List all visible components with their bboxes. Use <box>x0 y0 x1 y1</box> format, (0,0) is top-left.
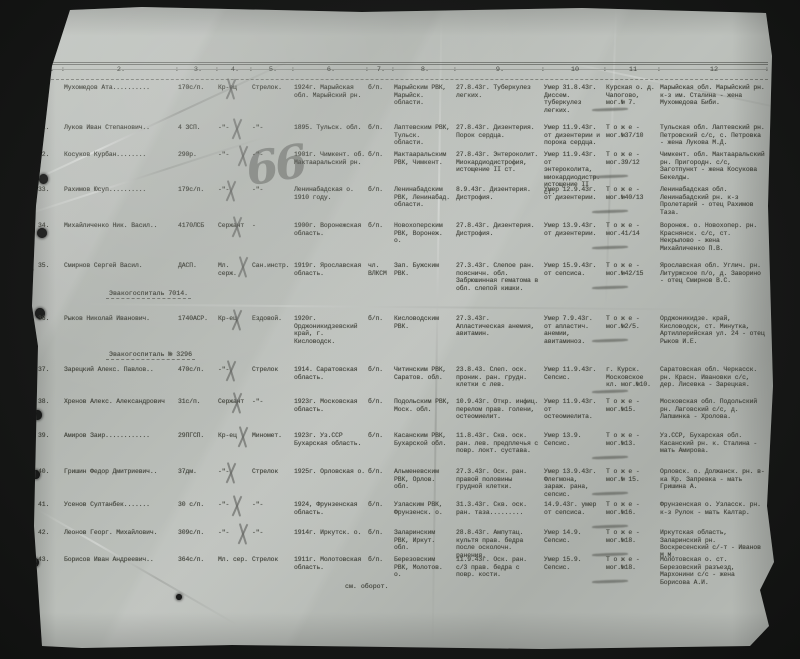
cell-born: Ленинабадская о. 1910 году. <box>294 186 368 216</box>
cell-spec: Стрелок <box>252 556 294 586</box>
cell-rvk: Березовским РВК, Молотов. о. <box>394 556 456 586</box>
cell-family: Саратовская обл. Черкасск. рн. Красн. Ив… <box>660 366 768 389</box>
cell-family: Орловск. о. Должанск. рн. в-ка Кр. Запре… <box>660 468 768 498</box>
cell-rvk: Подольским РВК, Моск. обл. <box>394 398 456 421</box>
cell-num: 37. <box>36 366 64 389</box>
table-row: 31.Луков Иван Степанович..4 ЗСП.-"--"-18… <box>36 124 768 147</box>
cell-diag: 11.8.43г. Скв. оск. ран. лев. предплечья… <box>456 432 544 455</box>
cell-rank: Мл. серж. <box>218 262 252 292</box>
cell-unit: 4 ЗСП. <box>178 124 218 147</box>
cell-died: Умер 11.9.43г. Сепсис. <box>544 366 606 389</box>
cell-died: Умер 15.9.43г. от сепсиса. <box>544 262 606 292</box>
cell-rvk: Узласким РВК, Фрунзенск. о. <box>394 501 456 516</box>
cell-died: Умер 14.9. Сепсис. <box>544 529 606 559</box>
cell-born: 1919г. Ярославская область. <box>294 262 368 292</box>
cell-grave: Т о ж е - мог.№16. <box>606 501 660 516</box>
cell-party: б/п. <box>368 432 394 455</box>
cell-diag: 27.3.43г. Апластическая анемия, авитамин… <box>456 315 544 345</box>
cell-unit: 470с/п. <box>178 366 218 389</box>
cell-name: Рыков Николай Иванович. <box>64 315 178 345</box>
cell-born: 1925г. Орловская о. <box>294 468 368 498</box>
cell-name: Амиров Заир............ <box>64 432 178 455</box>
cell-born: 1895. Тульск. обл. <box>294 124 368 147</box>
cell-party: б/п. <box>368 468 394 498</box>
table-row: 38.Хренов Алекс. Александрович31с/п.Серж… <box>36 398 768 421</box>
cell-num: 43. <box>36 556 64 586</box>
cell-died: Умер 12.9.43г. от дизентерии. <box>544 186 606 216</box>
cell-rvk: Ленинабадским РВК, Ленинабад. области. <box>394 186 456 216</box>
cell-party: б/п. <box>368 556 394 586</box>
cell-died: Умер 31.8.43г. Диссем. туберкулез легких… <box>544 84 606 114</box>
cell-grave: Т о ж е - мог.№2/5. <box>606 315 660 345</box>
cell-died: Умер 13.9.43г. от дизентерии. <box>544 222 606 252</box>
cell-family: Тульская обл. Лаптевский рн. Петровский … <box>660 124 768 147</box>
cell-diag: 28.8.43г. Ампутац. культя прав. бедра по… <box>456 529 544 559</box>
cell-rank: -"- <box>218 186 252 216</box>
pencil-check-mark <box>27 186 34 196</box>
cell-rank: Мл. сер. <box>218 556 252 586</box>
cell-name: Гришин Федор Дмитриевич.. <box>64 468 178 498</box>
cell-rank: -"- <box>218 124 252 147</box>
cell-name: Хренов Алекс. Александрович <box>64 398 178 421</box>
cell-party: б/п. <box>368 186 394 216</box>
cell-num: 41. <box>36 501 64 516</box>
pencil-check-mark <box>27 468 34 478</box>
cell-died: Умер 7.9.43г. от апластич. анемии, авита… <box>544 315 606 345</box>
cell-born: 1900г. Воронежская область. <box>294 222 368 252</box>
cell-grave: г. Курск. Московское кл. мог.№10. <box>606 366 660 389</box>
cell-unit: 29ПГСП. <box>178 432 218 455</box>
cell-died: Умер 13.9.43г. Флегмона, зараж. рана, се… <box>544 468 606 498</box>
cell-family: Ярославская обл. Углич. рн. Литуржское п… <box>660 262 768 292</box>
cell-unit: 179с/п. <box>178 186 218 216</box>
cell-died: Умер 15.9. Сепсис. <box>544 556 606 586</box>
table-row: 37.Зарецкий Алекс. Павлов..470с/п.-"-Стр… <box>36 366 768 389</box>
pencil-check-mark <box>27 501 34 511</box>
cell-party: б/п. <box>368 222 394 252</box>
pencil-check-mark <box>27 529 34 539</box>
cell-born: 1924г. Марыйская обл. Марыйский рн. <box>294 84 368 114</box>
cell-family: Московская обл. Подольский рн. Лаговский… <box>660 398 768 421</box>
cell-num: 33. <box>36 186 64 216</box>
cell-num: 31. <box>36 124 64 147</box>
cell-name: Леонов Георг. Михайлович. <box>64 529 178 559</box>
cell-grave: Т о ж е - мог.№13. <box>606 432 660 455</box>
pencil-check-mark <box>27 315 34 325</box>
pencil-check-mark <box>27 398 34 408</box>
table-row: 34.Михайличенко Ник. Васил..4170ЛСБСержа… <box>36 222 768 252</box>
cell-rank: -"- <box>218 501 252 516</box>
scanned-document-page: { "document": { "kind": "typewritten cas… <box>0 0 800 659</box>
pencil-smudge <box>592 524 628 528</box>
cell-name: Усенов Султанбек....... <box>64 501 178 516</box>
cell-unit: 37дм. <box>178 468 218 498</box>
pencil-smudge <box>592 455 628 459</box>
table-row: 33.Рахимов Юсуп..........179с/п.-"--"-Ле… <box>36 186 768 216</box>
cell-rvk: Читинским РВК, Саратов. обл. <box>394 366 456 389</box>
cell-diag: 10.9.43г. Откр. инфиц. перелом прав. гол… <box>456 398 544 421</box>
table-row: 40.Гришин Федор Дмитриевич..37дм.-"-Стре… <box>36 468 768 498</box>
cell-spec: Ездовой. <box>252 315 294 345</box>
cell-name: Рахимов Юсуп.......... <box>64 186 178 216</box>
see-reverse-note: см. оборот. <box>345 583 389 590</box>
cell-spec: Миномет. <box>252 432 294 455</box>
cell-party: б/п. <box>368 529 394 559</box>
cell-born: 1914г. Иркутск. о. <box>294 529 368 559</box>
pencil-check-mark <box>27 222 34 232</box>
cell-spec: -"- <box>252 501 294 516</box>
paper-sheet: 1.:2.:3.:4.:5.:6.:7.:8.:9.:10:11:12: 30.… <box>22 6 774 650</box>
cell-born: 1924, Фрунзенская область. <box>294 501 368 516</box>
cell-rvk: Заларинским РВК, Иркут. обл. <box>394 529 456 559</box>
table-body: 30.Мухомедов Ата..........170с/п.Кр-ецСт… <box>22 6 774 650</box>
cell-name: Борисов Иван Андреевич.. <box>64 556 178 586</box>
cell-died: Умер 11.9.43г. от остеомиелита. <box>544 398 606 421</box>
cell-rank: -"- <box>218 366 252 389</box>
cell-spec: -"- <box>252 124 294 147</box>
cell-family: Фрунзенская о. Узласск. рн. к-з Рулок - … <box>660 501 768 516</box>
cell-num: 34. <box>36 222 64 252</box>
cell-name: Зарецкий Алекс. Павлов.. <box>64 366 178 389</box>
table-row: 41.Усенов Султанбек.......30 с/п.-"--"-1… <box>36 501 768 516</box>
cell-spec: -"- <box>252 186 294 216</box>
punch-hole <box>44 42 55 53</box>
cell-grave: Т о ж е - мог.№37/10 <box>606 124 660 147</box>
cell-num: 42. <box>36 529 64 559</box>
cell-rank: Кр-ец <box>218 315 252 345</box>
cell-unit: 4170ЛСБ <box>178 222 218 252</box>
cell-grave: Т о ж е - мог.№15. <box>606 398 660 421</box>
hospital-subheader: Эвакогоспиталь № 3296 <box>106 351 195 360</box>
cell-num: 38. <box>36 398 64 421</box>
cell-name: Мухомедов Ата.......... <box>64 84 178 114</box>
table-row: 39.Амиров Заир............29ПГСП.Кр-ецМи… <box>36 432 768 455</box>
cell-died: Умер 13.9. Сепсис. <box>544 432 606 455</box>
cell-diag: 27.8.43г. Дизентерия. Дистрофия. <box>456 222 544 252</box>
cell-rvk: Новохоперским РВК, Воронеж. о. <box>394 222 456 252</box>
cell-family: Уз.ССР, Бухарская обл. Касанский рн. к. … <box>660 432 768 455</box>
cell-grave: Т о ж е - мог.№ 15. <box>606 468 660 498</box>
cell-num: 30. <box>36 84 64 114</box>
pencil-check-mark <box>27 124 34 134</box>
cell-diag: 8.9.43г. Дизентерия. Дистрофия. <box>456 186 544 216</box>
cell-party: б/п. <box>368 501 394 516</box>
cell-diag: 27.8.43г. Туберкулез легких. <box>456 84 544 114</box>
cell-spec: Стрелок. <box>252 84 294 114</box>
cell-family: Ленинабадская обл. Ленинабадский рн. к-з… <box>660 186 768 216</box>
table-row: 42.Леонов Георг. Михайлович.309с/п.-"--"… <box>36 529 768 559</box>
cell-rvk: Касанским РВК, Бухарской обл. <box>394 432 456 455</box>
cell-rvk: Зап. Бужским РВК. <box>394 262 456 292</box>
cell-rank: -"- <box>218 468 252 498</box>
cell-spec: Стрелок <box>252 366 294 389</box>
pencil-check-mark <box>27 366 34 376</box>
pencil-check-mark <box>27 556 34 566</box>
cell-rank: -"- <box>218 529 252 559</box>
cell-rank: Сержант <box>218 222 252 252</box>
cell-unit: 309с/п. <box>178 529 218 559</box>
cell-family: Иркутская область, Заларинский рн. Воскр… <box>660 529 768 559</box>
cell-spec: -"- <box>252 529 294 559</box>
cell-grave: Т о ж е - мог.41/14 <box>606 222 660 252</box>
cell-num: 35. <box>36 262 64 292</box>
cell-name: Смирнов Сергей Васил. <box>64 262 178 292</box>
cell-unit: ДАСП. <box>178 262 218 292</box>
cell-born: 1920г. Орджоникидзевский край, г. Кислов… <box>294 315 368 345</box>
pencil-check-mark <box>27 262 34 272</box>
cell-diag: 11.9.43г. Оск. ран. с/3 прав. бедра с по… <box>456 556 544 586</box>
cell-spec: Сан.инстр. <box>252 262 294 292</box>
cell-died: 14.9.43г. умер от сепсиса. <box>544 501 606 516</box>
cell-party: б/п. <box>368 124 394 147</box>
cell-rank: Кр-ец <box>218 432 252 455</box>
cell-grave: Т о ж е - мог.№18. <box>606 556 660 586</box>
cell-grave: Т о ж е - мог.№42/15 <box>606 262 660 292</box>
cell-family: Молотовская о. ст. Березовский разъезд, … <box>660 556 768 586</box>
edge-tear <box>19 302 32 342</box>
cell-grave: Курская о. д. Чапогово, мог.№ 7. <box>606 84 660 114</box>
cell-rvk: Альменевским РВК, Орлов. обл. <box>394 468 456 498</box>
cell-family: Марыйская обл. Марыйский рн. к-з им. Ста… <box>660 84 768 114</box>
cell-unit: 30 с/п. <box>178 501 218 516</box>
cell-num: 40. <box>36 468 64 498</box>
cell-grave: Т о ж е - мог.№18. <box>606 529 660 559</box>
cell-rvk: Марыйским РВК, Марыйск. области. <box>394 84 456 114</box>
cell-party: б/п. <box>368 366 394 389</box>
cell-diag: 23.8.43. Слеп. оск. проник. ран. грудн. … <box>456 366 544 389</box>
cell-rvk: Лаптевским РВК, Тульск. области. <box>394 124 456 147</box>
cell-born: 1911г. Молотовская область. <box>294 556 368 586</box>
cell-unit: 1740АСР. <box>178 315 218 345</box>
cell-diag: 27.3.43г. Оск. ран. правой половины груд… <box>456 468 544 498</box>
cell-born: 1923г. Московская область. <box>294 398 368 421</box>
cell-rank: Сержант <box>218 398 252 421</box>
cell-num: 39. <box>36 432 64 455</box>
hospital-subheader: Эвакогоспиталь 7014. <box>106 290 191 299</box>
cell-unit: 170с/п. <box>178 84 218 114</box>
table-row: 35.Смирнов Сергей Васил.ДАСП.Мл. серж.Са… <box>36 262 768 292</box>
cell-family: Орджоникидзе. край, Кисловодск, ст. Мину… <box>660 315 768 345</box>
pencil-smudge <box>592 389 628 393</box>
cell-grave: Т о ж е - мог.№40/13 <box>606 186 660 216</box>
cell-died: Умер 11.9.43г. от дизентерии и порока се… <box>544 124 606 147</box>
cell-party: чл. ВЛКСМ <box>368 262 394 292</box>
cell-rvk: Кисловодским РВК. <box>394 315 456 345</box>
cell-spec: -"- <box>252 398 294 421</box>
cell-unit: 364с/п. <box>178 556 218 586</box>
pencil-check-mark <box>27 84 34 94</box>
cell-family: Воронеж. о. Новохопер. рн. Краснянск. с/… <box>660 222 768 252</box>
table-row: 36.Рыков Николай Иванович.1740АСР.Кр-ецЕ… <box>36 315 768 345</box>
pencil-check-mark <box>27 432 34 442</box>
cell-unit: 31с/п. <box>178 398 218 421</box>
cell-spec: Стрелок <box>252 468 294 498</box>
cell-diag: 27.8.43г. Дизентерия. Порок сердца. <box>456 124 544 147</box>
table-row: 43.Борисов Иван Андреевич..364с/п.Мл. се… <box>36 556 768 586</box>
cell-spec: - <box>252 222 294 252</box>
cell-party: б/п. <box>368 315 394 345</box>
cell-rank: Кр-ец <box>218 84 252 114</box>
cell-party: б/п. <box>368 84 394 114</box>
cell-diag: 31.3.43г. Скв. оск. ран. таза......... <box>456 501 544 516</box>
cell-born: 1923г. Уз.ССР Бухарская область. <box>294 432 368 455</box>
cell-name: Михайличенко Ник. Васил.. <box>64 222 178 252</box>
pencil-check-mark <box>27 151 34 161</box>
cell-party: б/п. <box>368 398 394 421</box>
cell-born: 1914. Саратовская область. <box>294 366 368 389</box>
table-row: 30.Мухомедов Ата..........170с/п.Кр-ецСт… <box>36 84 768 114</box>
cell-name: Луков Иван Степанович.. <box>64 124 178 147</box>
cell-num: 36. <box>36 315 64 345</box>
cell-diag: 27.3.43г. Слепое ран. поясничн. обл. Заб… <box>456 262 544 292</box>
